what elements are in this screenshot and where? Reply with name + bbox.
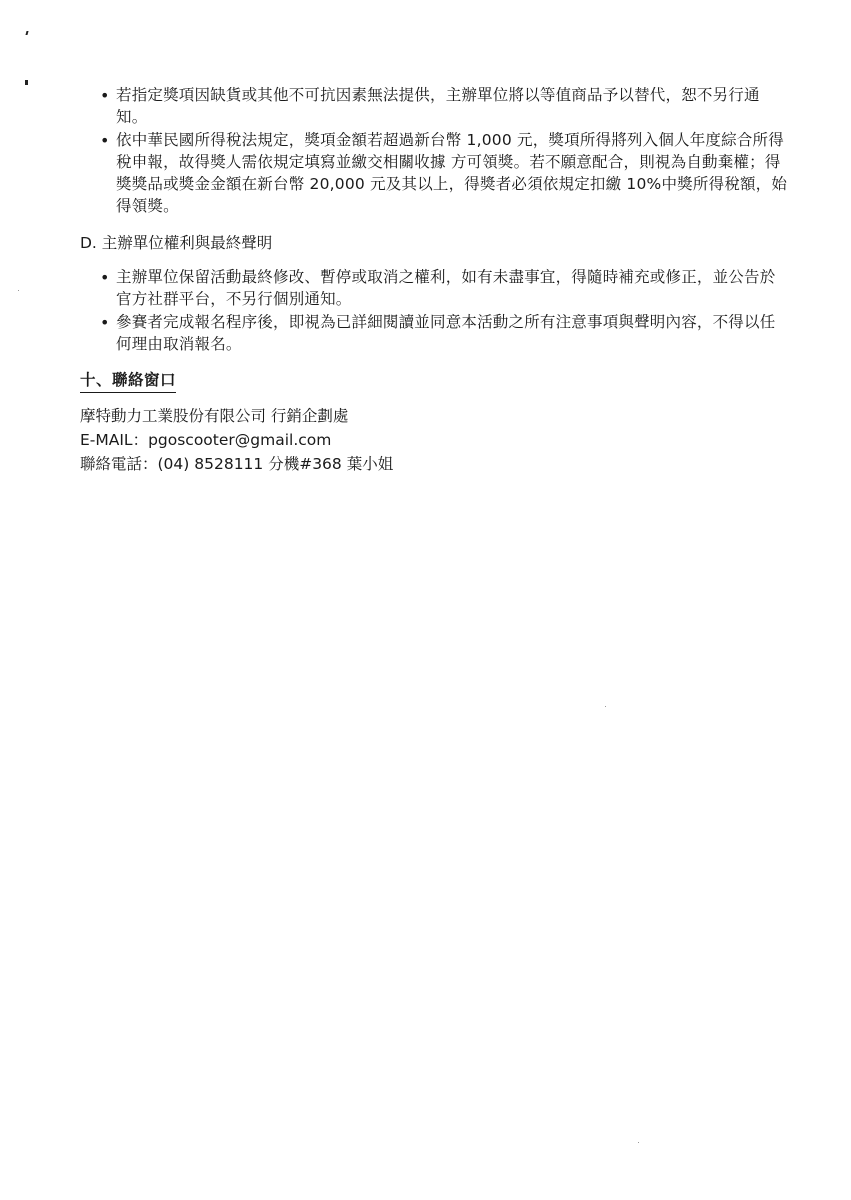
bullet-icon: • xyxy=(100,84,110,108)
list-item-text: 依中華民國所得稅法規定，獎項金額若超過新台幣 1,000 元，獎項所得將列入個人… xyxy=(116,131,787,215)
list-item-text: 若指定獎項因缺貨或其他不可抗因素無法提供，主辦單位將以等值商品予以替代，恕不另行… xyxy=(116,86,760,126)
bullet-icon: • xyxy=(100,311,110,335)
prize-notes-list: • 若指定獎項因缺貨或其他不可抗因素無法提供，主辦單位將以等值商品予以替代，恕不… xyxy=(98,84,788,218)
contact-email: E-MAIL：pgoscooter@gmail.com xyxy=(80,428,393,452)
list-item: • 主辦單位保留活動最終修改、暫停或取消之權利，如有未盡事宜，得隨時補充或修正，… xyxy=(98,266,788,310)
contact-company: 摩特動力工業股份有限公司 行銷企劃處 xyxy=(80,404,393,428)
scan-speck xyxy=(605,706,606,707)
scan-speck xyxy=(18,290,19,291)
bullet-icon: • xyxy=(100,129,110,153)
document-page: • 若指定獎項因缺貨或其他不可抗因素無法提供，主辦單位將以等值商品予以替代，恕不… xyxy=(0,0,851,1200)
scan-mark xyxy=(25,80,28,85)
section-d-list: • 主辦單位保留活動最終修改、暫停或取消之權利，如有未盡事宜，得隨時補充或修正，… xyxy=(98,266,788,356)
contact-section-title: 十、聯絡窗口 xyxy=(80,369,176,393)
list-item: • 依中華民國所得稅法規定，獎項金額若超過新台幣 1,000 元，獎項所得將列入… xyxy=(98,129,788,217)
scan-mark xyxy=(25,31,28,35)
scan-speck xyxy=(638,1142,639,1143)
list-item-text: 參賽者完成報名程序後，即視為已詳細閱讀並同意本活動之所有注意事項與聲明內容，不得… xyxy=(116,313,775,353)
section-d-heading: D. 主辦單位權利與最終聲明 xyxy=(80,232,272,254)
bullet-icon: • xyxy=(100,266,110,290)
contact-phone: 聯絡電話：(04) 8528111 分機#368 葉小姐 xyxy=(80,452,393,476)
list-item: • 若指定獎項因缺貨或其他不可抗因素無法提供，主辦單位將以等值商品予以替代，恕不… xyxy=(98,84,788,128)
list-item-text: 主辦單位保留活動最終修改、暫停或取消之權利，如有未盡事宜，得隨時補充或修正，並公… xyxy=(116,268,775,308)
list-item: • 參賽者完成報名程序後，即視為已詳細閱讀並同意本活動之所有注意事項與聲明內容，… xyxy=(98,311,788,355)
contact-block: 摩特動力工業股份有限公司 行銷企劃處 E-MAIL：pgoscooter@gma… xyxy=(80,404,393,476)
